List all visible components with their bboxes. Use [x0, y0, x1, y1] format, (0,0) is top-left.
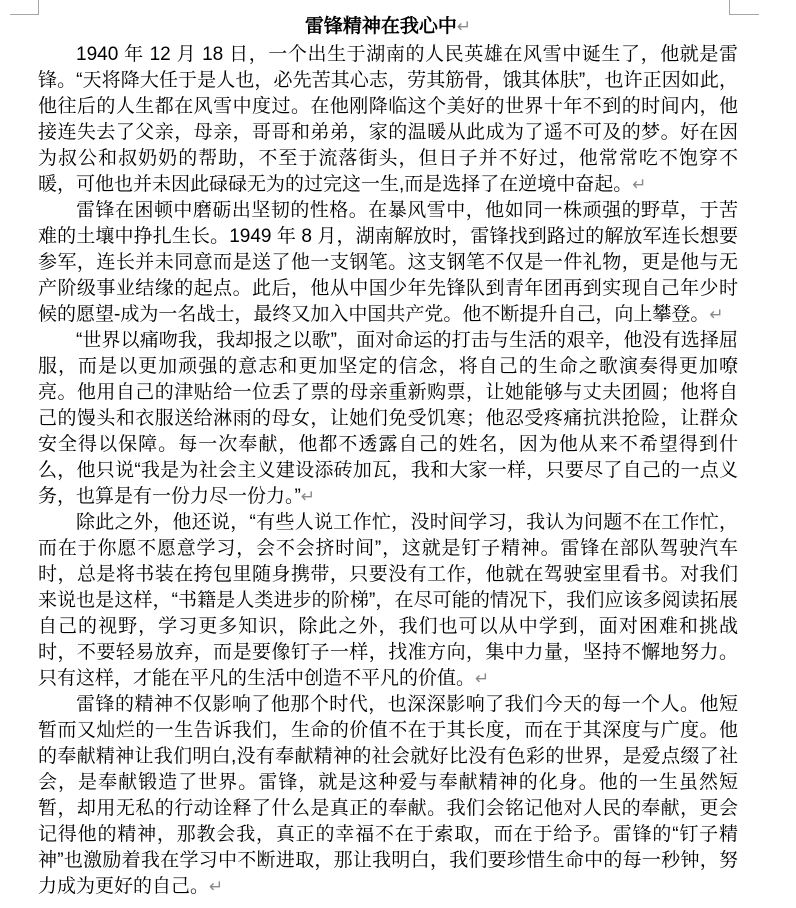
paragraph-mark-icon: ↵	[632, 175, 646, 195]
paragraph-mark-icon: ↵	[457, 17, 471, 37]
body-paragraph-3-text: “世界以痛吻我，我却报之以歌”，面对命运的打击与生活的艰辛，他没有选择屈服，而是…	[38, 330, 738, 507]
body-paragraph-5[interactable]: 雷锋的精神不仅影响了他那个时代，也深深影响了我们今天的每一个人。他短暂而又灿烂的…	[38, 692, 738, 900]
body-paragraph-3[interactable]: “世界以痛吻我，我却报之以歌”，面对命运的打击与生活的艰辛，他没有选择屈服，而是…	[38, 328, 738, 510]
paragraph-mark-icon: ↵	[209, 877, 223, 897]
paragraph-mark-icon: ↵	[709, 305, 723, 325]
body-paragraph-2-text: 雷锋在困顿中磨砺出坚韧的性格。在暴风雪中，他如同一株顽强的野草，于苦难的土壤中挣…	[38, 200, 738, 325]
body-paragraph-1-text: 1940 年 12 月 18 日，一个出生于湖南的人民英雄在风雪中诞生了，他就是…	[38, 44, 738, 195]
document-title[interactable]: 雷锋精神在我心中↵	[38, 13, 738, 41]
document-title-text: 雷锋精神在我心中	[305, 16, 457, 37]
body-paragraph-4-text: 除此之外，他还说，“有些人说工作忙，没时间学习，我认为问题不在工作忙，而在于你愿…	[38, 512, 738, 689]
body-paragraph-1[interactable]: 1940 年 12 月 18 日，一个出生于湖南的人民英雄在风雪中诞生了，他就是…	[38, 42, 738, 198]
body-paragraph-5-text: 雷锋的精神不仅影响了他那个时代，也深深影响了我们今天的每一个人。他短暂而又灿烂的…	[38, 694, 738, 897]
paragraph-mark-icon: ↵	[301, 487, 315, 507]
document-content: 雷锋精神在我心中↵ 1940 年 12 月 18 日，一个出生于湖南的人民英雄在…	[38, 13, 738, 900]
paragraph-mark-icon: ↵	[475, 669, 489, 689]
document-page[interactable]: 雷锋精神在我心中↵ 1940 年 12 月 18 日，一个出生于湖南的人民英雄在…	[0, 0, 796, 908]
body-paragraph-4[interactable]: 除此之外，他还说，“有些人说工作忙，没时间学习，我认为问题不在工作忙，而在于你愿…	[38, 510, 738, 692]
body-paragraph-2[interactable]: 雷锋在困顿中磨砺出坚韧的性格。在暴风雪中，他如同一株顽强的野草，于苦难的土壤中挣…	[38, 198, 738, 328]
crop-mark-top-left	[10, 0, 39, 15]
